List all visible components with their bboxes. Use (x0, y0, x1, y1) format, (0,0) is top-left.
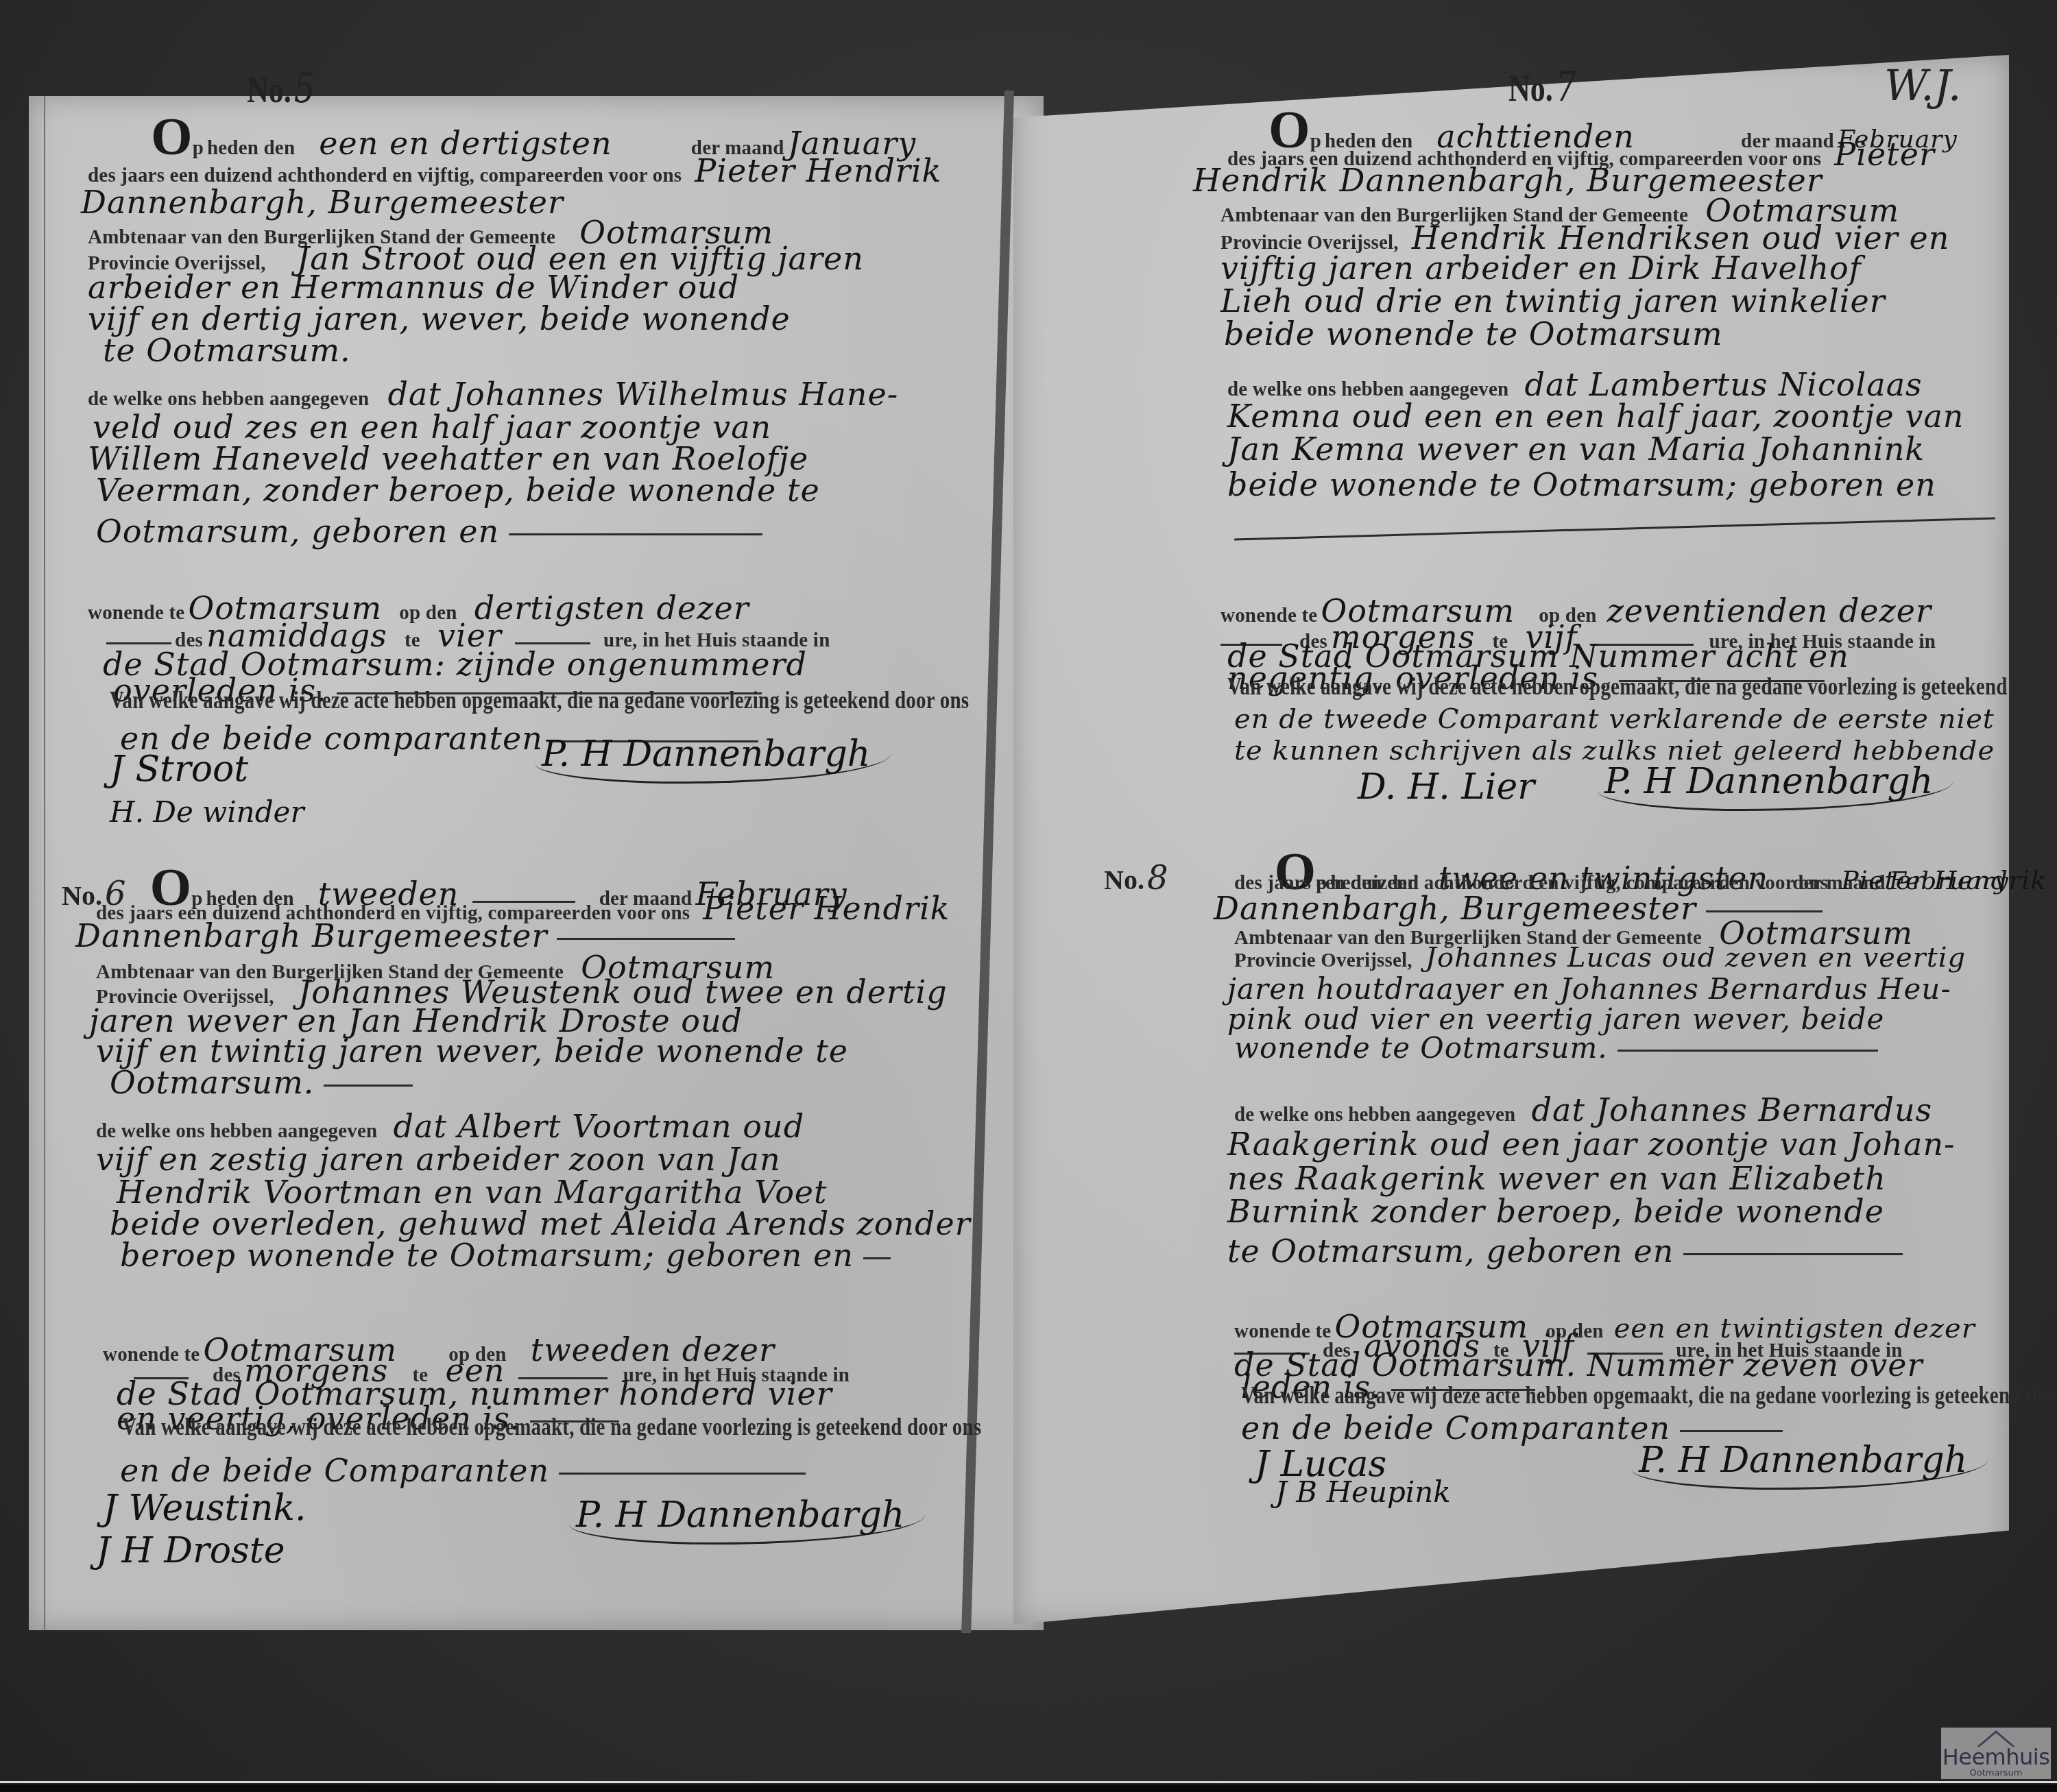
signature-declarant: H. De winder (110, 795, 304, 829)
declarant-line: Ootmarsum. (110, 1064, 413, 1101)
declarant-line: Lieh oud drie en twintig jaren winkelier (1220, 282, 1886, 319)
deceased-line: Ootmarsum, geboren en (96, 513, 762, 550)
deceased-line: Jan Kemna wever en van Maria Johannink (1227, 431, 1925, 468)
declarant-line: te Ootmarsum. (103, 332, 351, 369)
deceased-line: beide wonende te Ootmarsum; geboren en (1227, 466, 1936, 503)
film-edge-line (0, 1781, 2057, 1783)
deceased-line: Veerman, zonder beroep, beide wonende te (96, 472, 820, 509)
logo-name: Heemhuis (1941, 1745, 2051, 1769)
signed-by: en de beide Comparanten (120, 1452, 806, 1489)
signature-declarant: J Weustink. (103, 1488, 306, 1529)
aangegeven-line: de welke ons hebben aangegeven dat Alber… (96, 1108, 804, 1145)
signature-declarant: D. H. Lier (1358, 766, 1535, 808)
signing-statement: Van welke aangave wij deze acte hebben o… (1241, 1382, 2057, 1410)
signing-statement: Van welke aangave wij deze acte hebben o… (1227, 673, 2057, 701)
deceased-line: vijf en zestig jaren arbeider zoon van J… (96, 1141, 781, 1178)
deceased-line: nes Raakgerink wever en van Elizabeth (1227, 1160, 1886, 1197)
signature-declarant: J H Droste (96, 1530, 285, 1571)
film-bottom-strip (0, 1784, 2057, 1792)
signing-statement: Van welke aangave wij deze acte hebben o… (110, 687, 969, 715)
margin-rule (44, 96, 45, 1630)
declarant-line: wonende te Ootmarsum. (1234, 1031, 1878, 1065)
heemhuis-logo: Heemhuis Ootmarsum (1941, 1728, 2051, 1779)
signature-declarant: J Stroot (110, 749, 248, 790)
aangegeven-line: de welke ons hebben aangegeven dat Johan… (1234, 1091, 1932, 1128)
entry-number: No.5 (247, 64, 315, 112)
deceased-line: te Ootmarsum, geboren en (1227, 1233, 1903, 1270)
declarant-line: beide wonende te Ootmarsum (1224, 315, 1723, 352)
provincie-line: Provincie Overijssel, Johannes Lucas oud… (1234, 942, 1966, 973)
deceased-line: beroep wonende te Ootmarsum; geboren en (120, 1237, 891, 1274)
deceased-line: Raakgerink oud een jaar zoontje van Joha… (1227, 1126, 1956, 1163)
logo-place: Ootmarsum (1941, 1769, 2051, 1778)
signed-by: en de tweede Comparant verklarende de ee… (1234, 703, 1995, 735)
aangegeven-line: de welke ons hebben aangegeven dat Johan… (88, 376, 898, 413)
signing-statement: Van welke aangave wij deze acte hebben o… (122, 1414, 981, 1442)
declarant-line: jaren houtdraayer en Johannes Bernardus … (1227, 972, 1951, 1006)
deceased-line: Burnink zonder beroep, beide wonende (1227, 1193, 1884, 1230)
deceased-line: Kemna oud een en een half jaar, zoontje … (1227, 398, 1964, 435)
signature-declarant: J B Heupink (1275, 1475, 1451, 1509)
declarant-line: vijftig jaren arbeider en Dirk Havelhof (1220, 250, 1862, 287)
